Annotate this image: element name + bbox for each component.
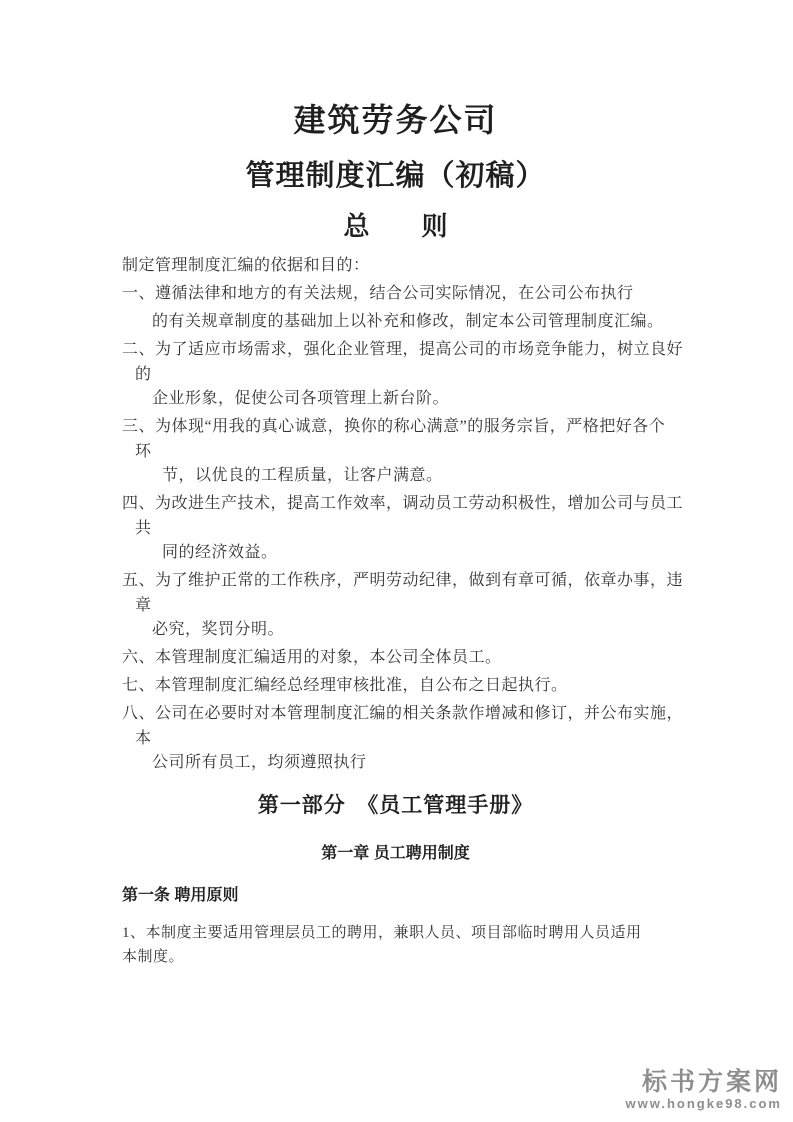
list-item-7: 七、本管理制度汇编经总经理审核批准，自公布之日起执行。 xyxy=(122,672,695,700)
part1-heading: 第一部分 《员工管理手册》 xyxy=(122,791,695,819)
document-page: 建筑劳务公司 管理制度汇编（初稿） 总 则 制定管理制度汇编的依据和目的： 一、… xyxy=(0,0,793,1122)
text-line: 五、为了维护正常的工作秩序，严明劳动纪律，做到有章可循，依章办事，违 xyxy=(122,567,695,595)
text-line: 七、本管理制度汇编经总经理审核批准，自公布之日起执行。 xyxy=(122,672,695,700)
text-line: 六、本管理制度汇编适用的对象，本公司全体员工。 xyxy=(122,644,695,672)
text-line: 的有关规章制度的基础加上以补充和修改，制定本公司管理制度汇编。 xyxy=(152,308,695,336)
text-line: 本 xyxy=(135,728,695,749)
text-line: 必究，奖罚分明。 xyxy=(152,616,695,644)
article1-heading: 第一条 聘用原则 xyxy=(122,885,695,907)
list-item-3: 三、为体现“用我的真心诚意，换你的称心满意”的服务宗旨，严格把好各个 环 节，以… xyxy=(122,413,695,490)
text-line: 节，以优良的工程质量，让客户满意。 xyxy=(162,462,695,490)
doc-subtitle: 管理制度汇编（初稿） xyxy=(122,156,695,196)
text-line: 1、本制度主要适用管理层员工的聘用，兼职人员、项目部临时聘用人员适用 xyxy=(122,921,695,945)
text-line: 章 xyxy=(135,595,695,616)
text-line: 二、为了适应市场需求，强化企业管理，提高公司的市场竞争能力，树立良好 xyxy=(122,336,695,364)
general-provisions-heading: 总 则 xyxy=(122,210,695,244)
intro-line: 制定管理制度汇编的依据和目的： xyxy=(122,252,695,280)
list-item-6: 六、本管理制度汇编适用的对象，本公司全体员工。 xyxy=(122,644,695,672)
list-item-1: 一、遵循法律和地方的有关法规，结合公司实际情况，在公司公布执行 的有关规章制度的… xyxy=(122,280,695,336)
text-line: 八、公司在必要时对本管理制度汇编的相关条款作增减和修订，并公布实施， xyxy=(122,700,695,728)
watermark-site-name: 标书方案网 xyxy=(626,1068,783,1096)
text-line: 共 xyxy=(135,518,695,539)
document-content: 建筑劳务公司 管理制度汇编（初稿） 总 则 制定管理制度汇编的依据和目的： 一、… xyxy=(0,0,793,969)
general-provisions-list: 制定管理制度汇编的依据和目的： 一、遵循法律和地方的有关法规，结合公司实际情况，… xyxy=(122,252,695,777)
text-line: 四、为改进生产技术，提高工作效率，调动员工劳动积极性，增加公司与员工 xyxy=(122,490,695,518)
list-item-4: 四、为改进生产技术，提高工作效率，调动员工劳动积极性，增加公司与员工 共 同的经… xyxy=(122,490,695,567)
text-line: 三、为体现“用我的真心诚意，换你的称心满意”的服务宗旨，严格把好各个 xyxy=(122,413,695,441)
text-line: 本制度。 xyxy=(122,945,695,969)
chapter1-heading: 第一章 员工聘用制度 xyxy=(122,843,695,865)
doc-title: 建筑劳务公司 xyxy=(122,98,695,142)
text-line: 同的经济效益。 xyxy=(162,539,695,567)
watermark: 标书方案网 www.hongke98.com xyxy=(626,1068,783,1112)
text-line: 企业形象，促使公司各项管理上新台阶。 xyxy=(152,385,695,413)
list-item-2: 二、为了适应市场需求，强化企业管理，提高公司的市场竞争能力，树立良好 的 企业形… xyxy=(122,336,695,413)
text-line: 的 xyxy=(135,364,695,385)
text-line: 一、遵循法律和地方的有关法规，结合公司实际情况，在公司公布执行 xyxy=(122,280,695,308)
text-line: 环 xyxy=(135,441,695,462)
text-line: 公司所有员工，均须遵照执行 xyxy=(152,749,695,777)
list-item-8: 八、公司在必要时对本管理制度汇编的相关条款作增减和修订，并公布实施， 本 公司所… xyxy=(122,700,695,777)
watermark-site-url: www.hongke98.com xyxy=(626,1096,783,1112)
numbered-item-1: 1、本制度主要适用管理层员工的聘用，兼职人员、项目部临时聘用人员适用 本制度。 xyxy=(122,921,695,969)
list-item-5: 五、为了维护正常的工作秩序，严明劳动纪律，做到有章可循，依章办事，违 章 必究，… xyxy=(122,567,695,644)
